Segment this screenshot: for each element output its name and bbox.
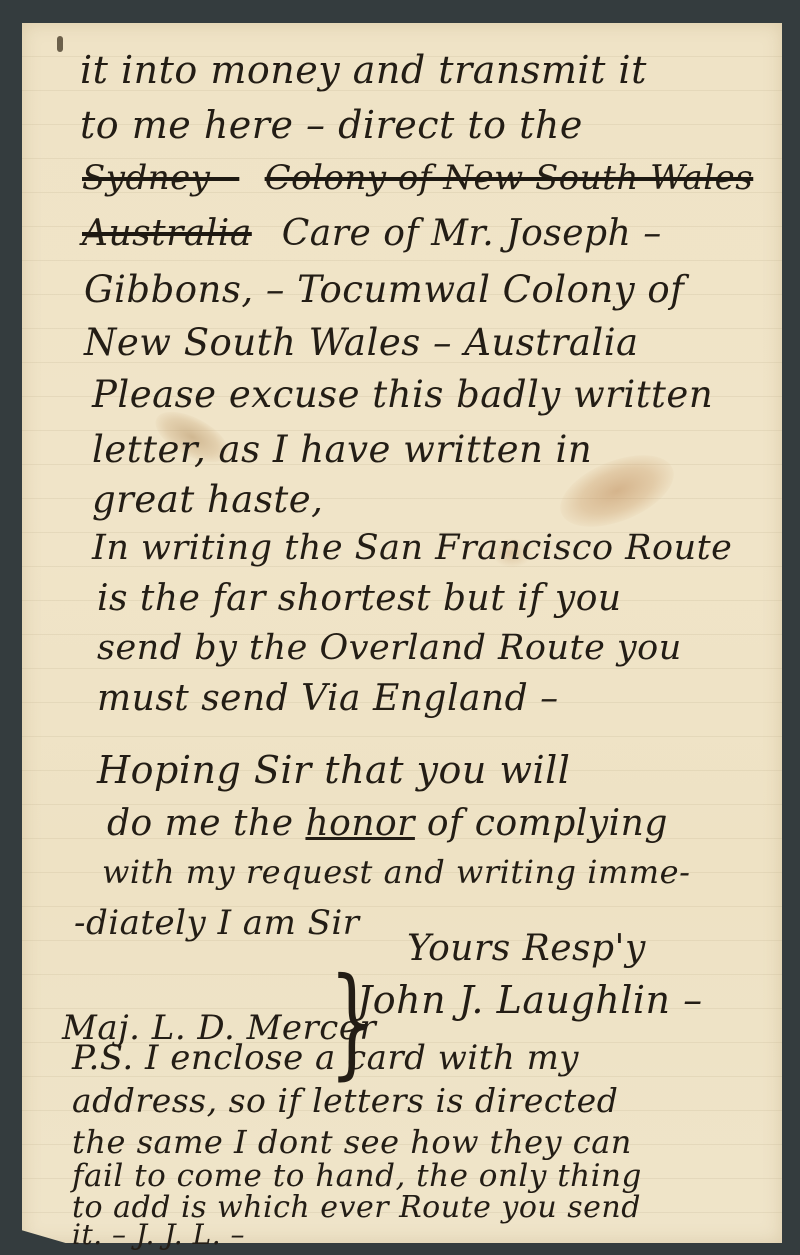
- body-line-11: is the far shortest but if you: [97, 578, 622, 619]
- closing-line-1: Hoping Sir that you will: [97, 748, 570, 792]
- struck-text-australia: Australia: [82, 213, 252, 254]
- closing-line-2-pre: do me the: [107, 803, 305, 844]
- body-line-10: In writing the San Francisco Route: [92, 528, 732, 568]
- care-of-text: Care of Mr. Joseph –: [282, 213, 662, 254]
- postscript-line-4: fail to come to hand, the only thing: [72, 1158, 642, 1194]
- struck-text-colony: Colony of New South Wales: [265, 158, 754, 198]
- closing-line-3: with my request and writing imme-: [102, 853, 690, 891]
- letter-page: it into money and transmit it to me here…: [22, 23, 782, 1243]
- body-line-1: it into money and transmit it: [80, 48, 647, 92]
- body-line-4: Australia Care of Mr. Joseph –: [82, 213, 662, 254]
- body-line-8: letter, as I have written in: [92, 428, 592, 471]
- closing-line-2: do me the honor of complying: [107, 803, 668, 844]
- postscript-line-1: P.S. I enclose a card with my: [72, 1038, 579, 1078]
- body-line-7: Please excuse this badly written: [92, 373, 713, 416]
- archival-mount: it into money and transmit it to me here…: [0, 0, 800, 1255]
- body-line-6: New South Wales – Australia: [84, 321, 639, 364]
- body-line-3-struck: Sydney – Colony of New South Wales: [82, 158, 753, 198]
- signature: John J. Laughlin –: [357, 978, 703, 1022]
- struck-text-sydney: Sydney –: [82, 158, 239, 198]
- closing-line-2-post: of complying: [415, 803, 668, 844]
- body-line-9: great haste,: [92, 478, 323, 521]
- valediction: Yours Resp'y: [407, 928, 646, 969]
- postscript-line-3: the same I dont see how they can: [72, 1123, 632, 1161]
- postscript-line-2: address, so if letters is directed: [72, 1081, 618, 1120]
- closing-line-4: -diately I am Sir: [74, 903, 360, 943]
- body-line-2: to me here – direct to the: [80, 103, 583, 147]
- postscript-line-6: it. – J. J. L. –: [72, 1218, 245, 1251]
- body-line-5: Gibbons, – Tocumwal Colony of: [84, 268, 684, 311]
- underlined-honor: honor: [305, 803, 414, 844]
- ink-blot-mark: [57, 36, 63, 52]
- body-line-13: must send Via England –: [97, 678, 559, 719]
- body-line-12: send by the Overland Route you: [97, 628, 682, 668]
